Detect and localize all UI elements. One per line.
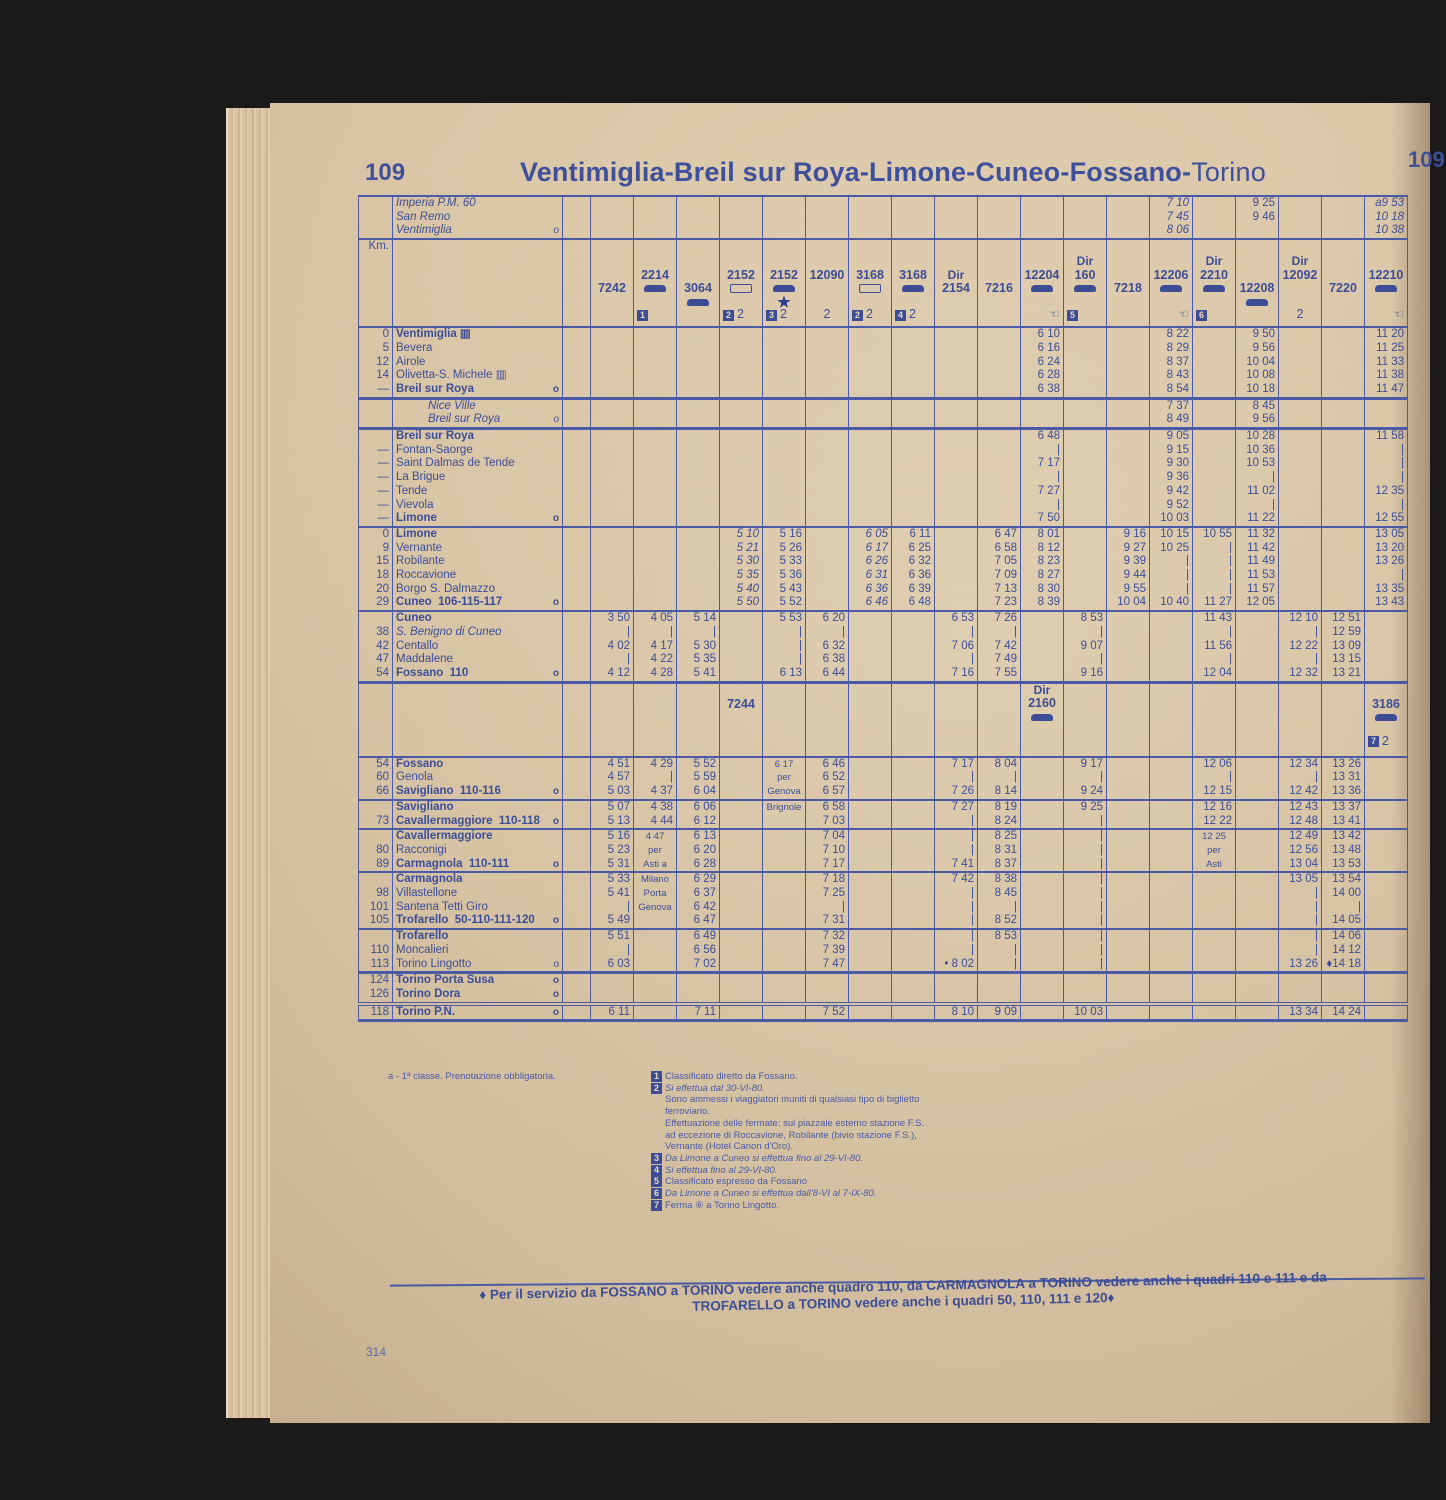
time-cell bbox=[1107, 800, 1150, 829]
time-cell bbox=[591, 527, 634, 611]
station-name: S. Benigno di Cuneo bbox=[396, 626, 559, 640]
station-name: Breil sur Royao bbox=[396, 413, 559, 427]
station-name: Tende bbox=[396, 485, 559, 499]
station-label: Nice Ville bbox=[396, 400, 476, 414]
connection-marker: o bbox=[553, 858, 559, 872]
train-type-icons bbox=[680, 296, 716, 322]
connection-marker: o bbox=[553, 988, 559, 1002]
note-box-icon: 7 bbox=[651, 1200, 662, 1211]
time-cell bbox=[892, 872, 935, 929]
hand-pointer-icon: ☜ bbox=[1153, 308, 1189, 322]
railcar-icon bbox=[1031, 714, 1053, 721]
km-column: 38 42 47 54 bbox=[359, 611, 393, 682]
station-name: Moncalieri bbox=[396, 944, 559, 958]
time-cell: 6 11 bbox=[591, 1004, 634, 1021]
feeder-times bbox=[892, 196, 935, 239]
feeder-times bbox=[806, 196, 849, 239]
time-cell: 8 38 8 45 | 8 52 bbox=[978, 872, 1021, 929]
time-cell bbox=[849, 429, 892, 527]
feeder-times: 7 10 7 45 8 06 bbox=[1150, 196, 1193, 239]
timetable-grid: Imperia P.M. 60San RemoVentimigliao7 10 … bbox=[358, 195, 1408, 1022]
station-label: Breil sur Roya bbox=[396, 383, 474, 397]
time-cell bbox=[806, 327, 849, 398]
time-cell bbox=[978, 973, 1021, 1004]
station-name: Villastellone bbox=[396, 887, 559, 901]
footnote-item: 7Ferma ⑥ a Torino Lingotto. bbox=[651, 1200, 1031, 1212]
train-number: 12090 bbox=[809, 269, 845, 283]
time-cell: 12 51 12 59 13 09 13 15 13 21 bbox=[1322, 611, 1365, 682]
feeder-times bbox=[978, 196, 1021, 239]
note-box-icon: 2 bbox=[723, 310, 734, 321]
direct-label bbox=[1024, 255, 1060, 269]
connection-marker: o bbox=[553, 383, 559, 397]
station-name: Cuneo 106-115-117o bbox=[396, 596, 559, 610]
note-box-icon: 6 bbox=[651, 1188, 662, 1199]
time-cell bbox=[806, 973, 849, 1004]
time-cell: 8 19 8 24 bbox=[978, 800, 1021, 829]
station-name: Racconigi bbox=[396, 844, 559, 858]
train-notes: 1 bbox=[637, 308, 673, 322]
station-name: Roccavione bbox=[396, 569, 559, 583]
footnote-item: 4Si effettua fino al 29-VI-80. bbox=[651, 1165, 1031, 1177]
time-cell bbox=[849, 973, 892, 1004]
train-type-icons bbox=[1282, 282, 1318, 308]
time-cell bbox=[1150, 872, 1193, 929]
time-cell: 5 16 5 26 5 33 5 36 5 43 5 52 bbox=[763, 527, 806, 611]
station-label: San Remo bbox=[396, 211, 450, 225]
direct-label bbox=[895, 255, 931, 269]
time-cell bbox=[1236, 611, 1279, 682]
train-column-header bbox=[892, 682, 935, 757]
time-cell bbox=[1279, 398, 1322, 428]
direct-label bbox=[680, 269, 716, 283]
feeder-times bbox=[720, 196, 763, 239]
train-type-icons bbox=[1067, 282, 1103, 308]
train-column-header: Dir2160 bbox=[1021, 682, 1064, 757]
connection-marker: o bbox=[553, 914, 559, 928]
note-box-icon: 5 bbox=[651, 1176, 662, 1187]
train-type-icons bbox=[809, 282, 845, 308]
time-cell: 7 32 7 39 7 47 bbox=[806, 929, 849, 973]
time-cell bbox=[1150, 611, 1193, 682]
section-cuneo-fossano: CuneoS. Benigno di CuneoCentalloMaddalen… bbox=[393, 611, 563, 682]
time-cell bbox=[849, 800, 892, 829]
train-number: 12206 bbox=[1153, 269, 1189, 283]
station-name: Breil sur Roya bbox=[396, 430, 559, 444]
station-label: Cavallermaggiore 110-118 bbox=[396, 815, 540, 829]
time-cell: 6 48 | 7 17 | 7 27 | 7 50 bbox=[1021, 429, 1064, 527]
note-box-icon: 4 bbox=[895, 310, 906, 321]
time-cell bbox=[1193, 929, 1236, 973]
note-box-icon: 1 bbox=[637, 310, 648, 321]
footnote-item: 5Classificato espresso da Fossano bbox=[651, 1176, 1031, 1188]
time-cell: 7 42 | | | bbox=[935, 872, 978, 929]
train-column-header: 215222 bbox=[720, 239, 763, 327]
station-name: Imperia P.M. 60 bbox=[396, 197, 559, 211]
time-cell bbox=[1322, 973, 1365, 1004]
section-fossano-torino: Torino P.N.o bbox=[393, 1004, 563, 1021]
time-cell bbox=[1322, 327, 1365, 398]
railcar-icon bbox=[902, 285, 924, 292]
train-column-header: 7216 bbox=[978, 239, 1021, 327]
feeder-times bbox=[763, 196, 806, 239]
section-fossano-torino: Torino Porta SusaoTorino Dorao bbox=[393, 973, 563, 1004]
train-column-header: Dir120922 bbox=[1279, 239, 1322, 327]
station-label: Cuneo bbox=[396, 612, 432, 626]
timetable-row: Nice Ville Breil sur Royao7 37 8 498 45 … bbox=[359, 398, 1408, 428]
direct-label bbox=[852, 255, 888, 269]
time-cell bbox=[763, 398, 806, 428]
time-cell bbox=[978, 429, 1021, 527]
station-label: Bevera bbox=[396, 342, 432, 356]
station-label: Racconigi bbox=[396, 844, 447, 858]
time-cell bbox=[935, 973, 978, 1004]
train-number: 2152 bbox=[723, 269, 759, 283]
feeder-times bbox=[1064, 196, 1107, 239]
station-label: Maddalene bbox=[396, 653, 453, 667]
station-label: Moncalieri bbox=[396, 944, 448, 958]
time-cell: | | | | bbox=[1064, 872, 1107, 929]
footnote-text: Si effettua dal 30-VI-80. bbox=[665, 1083, 765, 1094]
train-notes: 2 bbox=[809, 308, 845, 322]
cross-reference-note: ♦ Per il servizio da FOSSANO a TORINO ve… bbox=[398, 1268, 1408, 1321]
km-column: 110 113 bbox=[359, 929, 393, 973]
station-label: Centallo bbox=[396, 640, 438, 654]
time-cell bbox=[720, 327, 763, 398]
direct-label bbox=[981, 269, 1017, 283]
direct-label bbox=[1153, 255, 1189, 269]
time-cell: 13 26 13 31 13 36 bbox=[1322, 757, 1365, 800]
train-column-header bbox=[591, 682, 634, 757]
train-column-header bbox=[1193, 682, 1236, 757]
time-cell bbox=[1021, 757, 1064, 800]
time-cell bbox=[892, 757, 935, 800]
station-label: Genola bbox=[396, 771, 433, 785]
time-cell: 8 53 | 9 07 | 9 16 bbox=[1064, 611, 1107, 682]
time-cell: 13 34 bbox=[1279, 1004, 1322, 1021]
km-column: 118 bbox=[359, 1004, 393, 1021]
station-name: Centallo bbox=[396, 640, 559, 654]
time-cell bbox=[634, 398, 677, 428]
timetable-row: Km. 7242 22141 3064 215222 2152★32 12090… bbox=[359, 239, 1408, 327]
station-label: Savigliano 110-116 bbox=[396, 785, 501, 799]
footnote-item: Vernante (Hotel Canon d'Oro). bbox=[651, 1141, 1031, 1153]
station-name: Limone bbox=[396, 528, 559, 542]
railcar-icon bbox=[1160, 285, 1182, 292]
train-column-header: 12208 bbox=[1236, 239, 1279, 327]
footnote-text: Classificato diretto da Fossano. bbox=[665, 1071, 798, 1082]
station-label: Breil sur Roya bbox=[396, 413, 500, 427]
station-name: Torino Dorao bbox=[396, 988, 559, 1002]
station-name: Ventimiglia ▥ bbox=[396, 328, 559, 342]
timetable-row: 124 126Torino Porta SusaoTorino Dorao bbox=[359, 973, 1408, 1004]
station-label: Torino Lingotto bbox=[396, 958, 471, 972]
time-cell bbox=[591, 398, 634, 428]
time-cell bbox=[1322, 429, 1365, 527]
time-cell bbox=[849, 929, 892, 973]
station-name: La Brigue bbox=[396, 471, 559, 485]
time-cell bbox=[720, 429, 763, 527]
station-label: Torino Dora bbox=[396, 988, 460, 1002]
train-number: 12210 bbox=[1368, 269, 1404, 283]
train-number: 12092 bbox=[1282, 269, 1318, 283]
station-name: Nice Ville bbox=[396, 400, 559, 414]
station-name: Vievola bbox=[396, 499, 559, 513]
timetable-row: 98 101 105CarmagnolaVillastelloneSantena… bbox=[359, 872, 1408, 929]
cell bbox=[563, 929, 591, 973]
time-cell: 6 13 6 20 6 28 bbox=[677, 829, 720, 872]
time-cell bbox=[1107, 429, 1150, 527]
time-cell: 5 07 5 13 bbox=[591, 800, 634, 829]
train-column-header: 318672 bbox=[1365, 682, 1408, 757]
station-name: Bevera bbox=[396, 342, 559, 356]
station-name: Olivetta-S. Michele ▥ bbox=[396, 369, 559, 383]
train-column-header: 12204☜ bbox=[1021, 239, 1064, 327]
train-column-header bbox=[806, 682, 849, 757]
train-type-icons bbox=[981, 296, 1017, 322]
bus-icon bbox=[730, 284, 752, 293]
station-label: Carmagnola 110-111 bbox=[396, 858, 509, 872]
connection-marker: o bbox=[553, 1006, 559, 1020]
timetable-row: 118Torino P.N.o6 117 117 528 109 0910 03… bbox=[359, 1004, 1408, 1021]
time-cell bbox=[1279, 973, 1322, 1004]
train-type-icons bbox=[895, 282, 931, 308]
train-column-header: 7220 bbox=[1322, 239, 1365, 327]
station-label: Robilante bbox=[396, 555, 445, 569]
station-name: Cavallermaggiore bbox=[396, 830, 559, 844]
time-cell bbox=[763, 327, 806, 398]
time-cell bbox=[1064, 973, 1107, 1004]
time-cell bbox=[1107, 327, 1150, 398]
station-label: Trofarello 50-110-111-120 bbox=[396, 914, 535, 928]
time-cell bbox=[1365, 398, 1408, 428]
station-label: Limone bbox=[396, 528, 437, 542]
time-cell bbox=[806, 398, 849, 428]
time-cell: 6 53 | 7 06 | 7 16 bbox=[935, 611, 978, 682]
blank bbox=[359, 196, 393, 239]
time-cell: 6 46 6 52 6 57 bbox=[806, 757, 849, 800]
time-cell: 12 49 12 56 13 04 bbox=[1279, 829, 1322, 872]
time-cell bbox=[978, 327, 1021, 398]
railcar-icon bbox=[1375, 285, 1397, 292]
km-column: 98 101 105 bbox=[359, 872, 393, 929]
time-cell bbox=[720, 611, 763, 682]
time-cell: 6 20 | 6 32 6 38 6 44 bbox=[806, 611, 849, 682]
time-cell bbox=[763, 1004, 806, 1021]
time-cell bbox=[634, 929, 677, 973]
time-cell: 6 58 7 03 bbox=[806, 800, 849, 829]
time-cell bbox=[591, 327, 634, 398]
title-light: Torino bbox=[1191, 157, 1266, 187]
station-label: Breil sur Roya bbox=[396, 430, 474, 444]
cell bbox=[563, 829, 591, 872]
direct-label bbox=[809, 255, 845, 269]
train-column-header: 12210☜ bbox=[1365, 239, 1408, 327]
cell bbox=[563, 611, 591, 682]
hand-pointer-icon: ☜ bbox=[1024, 308, 1060, 322]
time-cell bbox=[892, 973, 935, 1004]
page-number: 314 bbox=[366, 1345, 386, 1359]
time-cell bbox=[1107, 829, 1150, 872]
time-cell: 9 25 | bbox=[1064, 800, 1107, 829]
note-box-icon: 3 bbox=[766, 310, 777, 321]
station-name: Santena Tetti Giro bbox=[396, 901, 559, 915]
time-cell: 8 01 8 12 8 23 8 27 8 30 8 39 bbox=[1021, 527, 1064, 611]
time-cell bbox=[1365, 611, 1408, 682]
time-cell bbox=[763, 872, 806, 929]
cell bbox=[359, 398, 393, 428]
direct-label: Dir bbox=[1282, 255, 1318, 269]
note-box-icon: 3 bbox=[651, 1153, 662, 1164]
note-box-icon: 2 bbox=[852, 310, 863, 321]
direct-label: Dir bbox=[938, 269, 974, 283]
feeder-times bbox=[1021, 196, 1064, 239]
time-cell bbox=[935, 429, 978, 527]
section-ventimiglia-breil: Ventimiglia ▥BeveraAiroleOlivetta-S. Mic… bbox=[393, 327, 563, 398]
time-cell: 9 16 9 27 9 39 9 44 9 55 10 04 bbox=[1107, 527, 1150, 611]
train-type-icons bbox=[637, 282, 673, 308]
station-label: Imperia P.M. 60 bbox=[396, 197, 476, 211]
train-column-header: 120902 bbox=[806, 239, 849, 327]
time-cell bbox=[892, 327, 935, 398]
time-cell bbox=[720, 872, 763, 929]
time-cell: 3 50 | 4 02 | 4 12 bbox=[591, 611, 634, 682]
station-name: Airole bbox=[396, 356, 559, 370]
section-breil-limone: Breil sur RoyaFontan-SaorgeSaint Dalmas … bbox=[393, 429, 563, 527]
time-cell: 5 52 5 59 6 04 bbox=[677, 757, 720, 800]
direct-label bbox=[766, 255, 802, 269]
footnote-text: Classificato espresso da Fossano bbox=[665, 1176, 807, 1187]
time-cell bbox=[720, 757, 763, 800]
time-cell bbox=[892, 429, 935, 527]
time-cell: Milano Porta Genova bbox=[634, 872, 677, 929]
connection-marker: o bbox=[553, 224, 559, 238]
railcar-icon bbox=[1074, 285, 1096, 292]
time-cell bbox=[1279, 527, 1322, 611]
time-cell bbox=[1365, 829, 1408, 872]
train-column-header: 7218 bbox=[1107, 239, 1150, 327]
direct-label bbox=[1325, 269, 1361, 283]
time-cell: | | | bbox=[1064, 929, 1107, 973]
station-name: Trofarello 50-110-111-120o bbox=[396, 914, 559, 928]
time-cell: 12 43 12 48 bbox=[1279, 800, 1322, 829]
time-cell bbox=[1193, 973, 1236, 1004]
time-cell: 9 09 bbox=[978, 1004, 1021, 1021]
train-column-header bbox=[1279, 682, 1322, 757]
footnote-item: ferroviario. bbox=[651, 1106, 1031, 1118]
time-cell bbox=[720, 829, 763, 872]
footnote-text: ad eccezione di Roccavione, Robilante (b… bbox=[665, 1130, 917, 1141]
feeder-times bbox=[1107, 196, 1150, 239]
time-cell bbox=[1279, 327, 1322, 398]
time-cell: 5 33 5 41 | 5 49 bbox=[591, 872, 634, 929]
cell bbox=[563, 872, 591, 929]
time-cell bbox=[720, 800, 763, 829]
time-cell: 7 11 bbox=[677, 1004, 720, 1021]
time-cell bbox=[1365, 973, 1408, 1004]
time-cell: 8 45 9 56 bbox=[1236, 398, 1279, 428]
station-name: Robilante bbox=[396, 555, 559, 569]
train-notes: 22 bbox=[723, 308, 759, 322]
time-cell: | | • 8 02 bbox=[935, 929, 978, 973]
train-column-header bbox=[1064, 682, 1107, 757]
direct-label: Dir bbox=[1196, 255, 1232, 269]
time-cell bbox=[1107, 973, 1150, 1004]
time-cell bbox=[634, 973, 677, 1004]
km-column: 73 bbox=[359, 800, 393, 829]
time-cell bbox=[1150, 757, 1193, 800]
train-number: 7216 bbox=[981, 282, 1017, 296]
time-cell bbox=[1064, 527, 1107, 611]
time-cell: Brignole bbox=[763, 800, 806, 829]
railcar-icon bbox=[773, 285, 795, 292]
time-cell bbox=[1064, 398, 1107, 428]
time-cell bbox=[1193, 398, 1236, 428]
time-cell bbox=[1064, 327, 1107, 398]
time-cell bbox=[935, 327, 978, 398]
station-name: Cuneo bbox=[396, 612, 559, 626]
time-cell: 7 18 7 25 | 7 31 bbox=[806, 872, 849, 929]
direct-label bbox=[723, 255, 759, 269]
km-column: 0 5 12 14 — bbox=[359, 327, 393, 398]
station-label: Tende bbox=[396, 485, 427, 499]
time-cell bbox=[720, 929, 763, 973]
feeder-times bbox=[935, 196, 978, 239]
time-cell bbox=[634, 327, 677, 398]
time-cell bbox=[1021, 1004, 1064, 1021]
connection-marker: o bbox=[553, 596, 559, 610]
train-column-header: 316842 bbox=[892, 239, 935, 327]
time-cell: 7 17 | 7 26 bbox=[935, 757, 978, 800]
time-cell: 10 15 10 25 | | | 10 40 bbox=[1150, 527, 1193, 611]
train-notes: 5 bbox=[1067, 308, 1103, 322]
direct-label bbox=[1368, 255, 1404, 269]
station-label: Trofarello bbox=[396, 930, 448, 944]
station-label: Fossano 110 bbox=[396, 667, 468, 681]
cell bbox=[393, 682, 563, 757]
cell bbox=[563, 398, 591, 428]
train-type-icons bbox=[1368, 282, 1404, 308]
station-name: Trofarello bbox=[396, 930, 559, 944]
time-cell bbox=[806, 527, 849, 611]
station-label: Torino Porta Susa bbox=[396, 974, 494, 988]
station-name: Savigliano 110-116o bbox=[396, 785, 559, 799]
time-cell bbox=[1365, 1004, 1408, 1021]
time-cell: 8 10 bbox=[935, 1004, 978, 1021]
note-box-icon: 7 bbox=[1368, 736, 1379, 747]
station-name: Torino Lingottoo bbox=[396, 958, 559, 972]
train-column-header: 316822 bbox=[849, 239, 892, 327]
section-nice: Nice Ville Breil sur Royao bbox=[393, 398, 563, 428]
time-cell bbox=[1236, 757, 1279, 800]
feeder-stations: Imperia P.M. 60San RemoVentimigliao bbox=[393, 196, 563, 239]
time-cell: 8 25 8 31 8 37 bbox=[978, 829, 1021, 872]
note-box-icon: 6 bbox=[1196, 310, 1207, 321]
time-cell: 8 53 | | bbox=[978, 929, 1021, 973]
train-column-header bbox=[1236, 682, 1279, 757]
train-number: 12208 bbox=[1239, 282, 1275, 296]
timetable-row: 110 113TrofarelloMoncalieriTorino Lingot… bbox=[359, 929, 1408, 973]
station-name: Carmagnola bbox=[396, 873, 559, 887]
time-cell bbox=[1236, 872, 1279, 929]
train-number: 7242 bbox=[594, 282, 630, 296]
station-label: Carmagnola bbox=[396, 873, 462, 887]
time-cell bbox=[677, 398, 720, 428]
section-limone-cuneo: LimoneVernanteRobilanteRoccavioneBorgo S… bbox=[393, 527, 563, 611]
direct-label: Dir bbox=[1024, 684, 1060, 698]
train-column-header bbox=[1107, 682, 1150, 757]
footnote-first-class: a - 1ª classe. Prenotazione obbligatoria… bbox=[388, 1071, 556, 1082]
